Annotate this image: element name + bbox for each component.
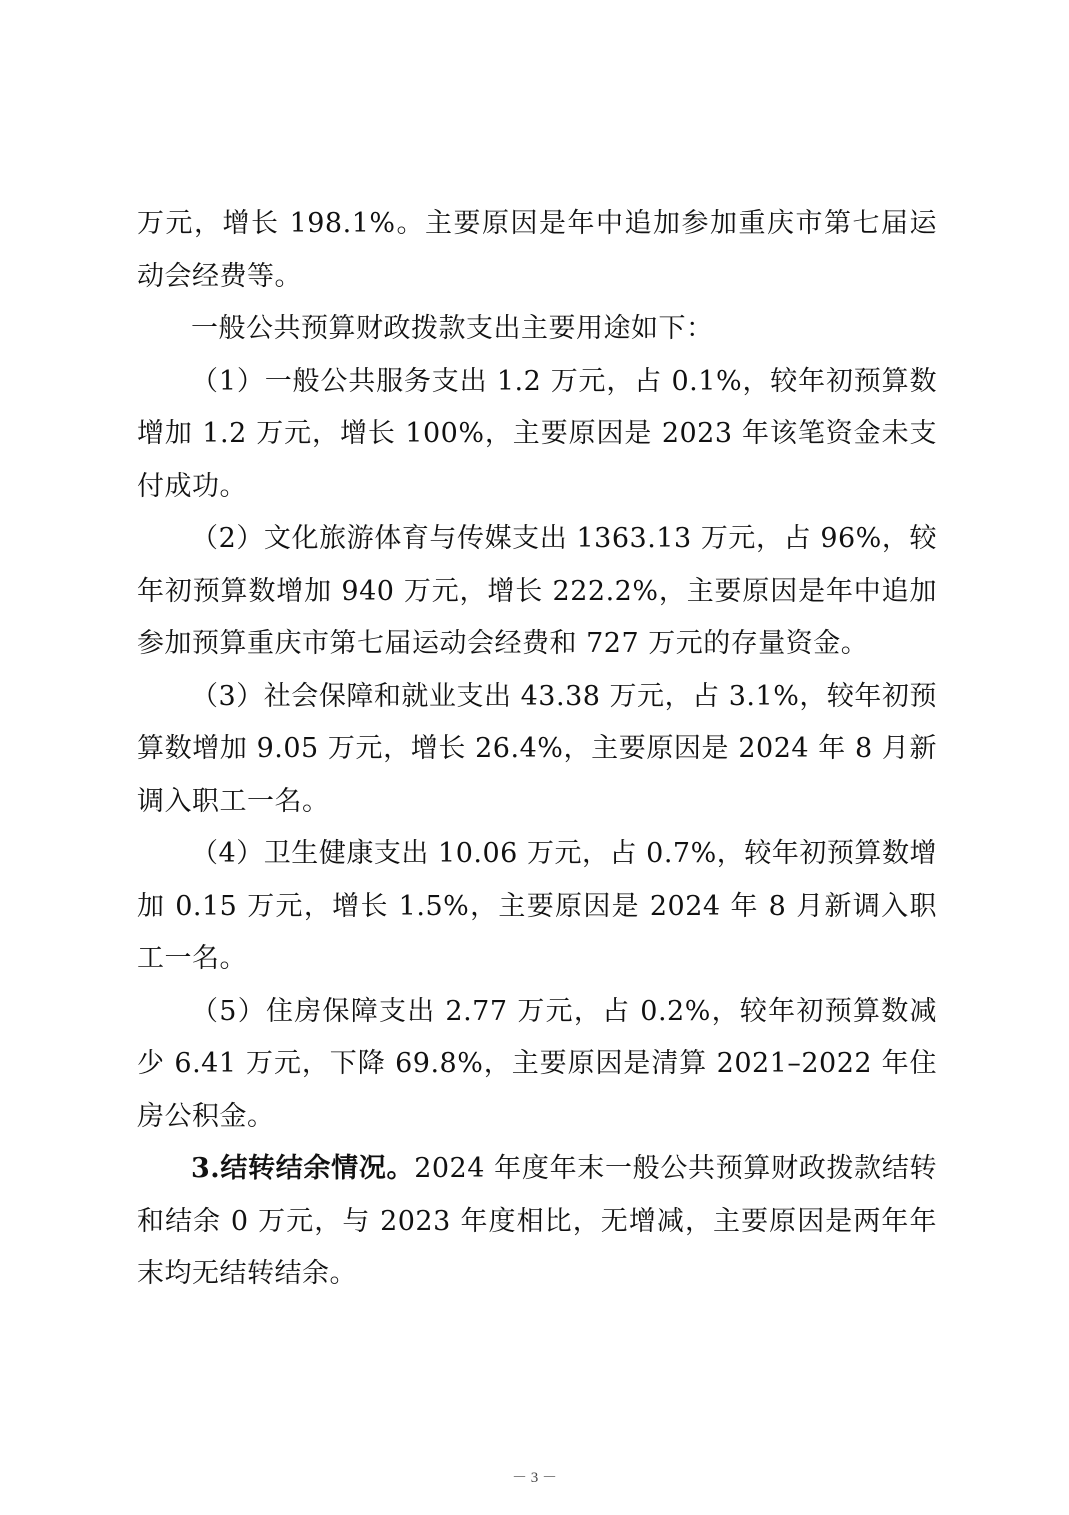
document-body: 万元，增长 198.1%。主要原因是年中追加参加重庆市第七届运动会经费等。 一般… [137, 198, 937, 1301]
paragraph-carryover-balance: 3.结转结余情况。2024 年度年末一般公共预算财政拨款结转和结余 0 万元，与… [137, 1143, 937, 1301]
paragraph-item-3-social-security: （3）社会保障和就业支出 43.38 万元，占 3.1%，较年初预算数增加 9.… [137, 671, 937, 829]
paragraph-item-1-general-public-services: （1）一般公共服务支出 1.2 万元，占 0.1%，较年初预算数增加 1.2 万… [137, 356, 937, 514]
paragraph-continuation: 万元，增长 198.1%。主要原因是年中追加参加重庆市第七届运动会经费等。 [137, 198, 937, 303]
paragraph-item-2-culture-tourism-sports: （2）文化旅游体育与传媒支出 1363.13 万元，占 96%，较年初预算数增加… [137, 513, 937, 671]
paragraph-item-5-housing: （5）住房保障支出 2.77 万元，占 0.2%，较年初预算数减少 6.41 万… [137, 986, 937, 1144]
paragraph-item-4-health: （4）卫生健康支出 10.06 万元，占 0.7%，较年初预算数增加 0.15 … [137, 828, 937, 986]
page-number: － 3 － [0, 1466, 1069, 1487]
paragraph-expenditure-intro: 一般公共预算财政拨款支出主要用途如下： [137, 303, 937, 356]
section-heading-carryover: 3.结转结余情况。 [191, 1153, 414, 1184]
